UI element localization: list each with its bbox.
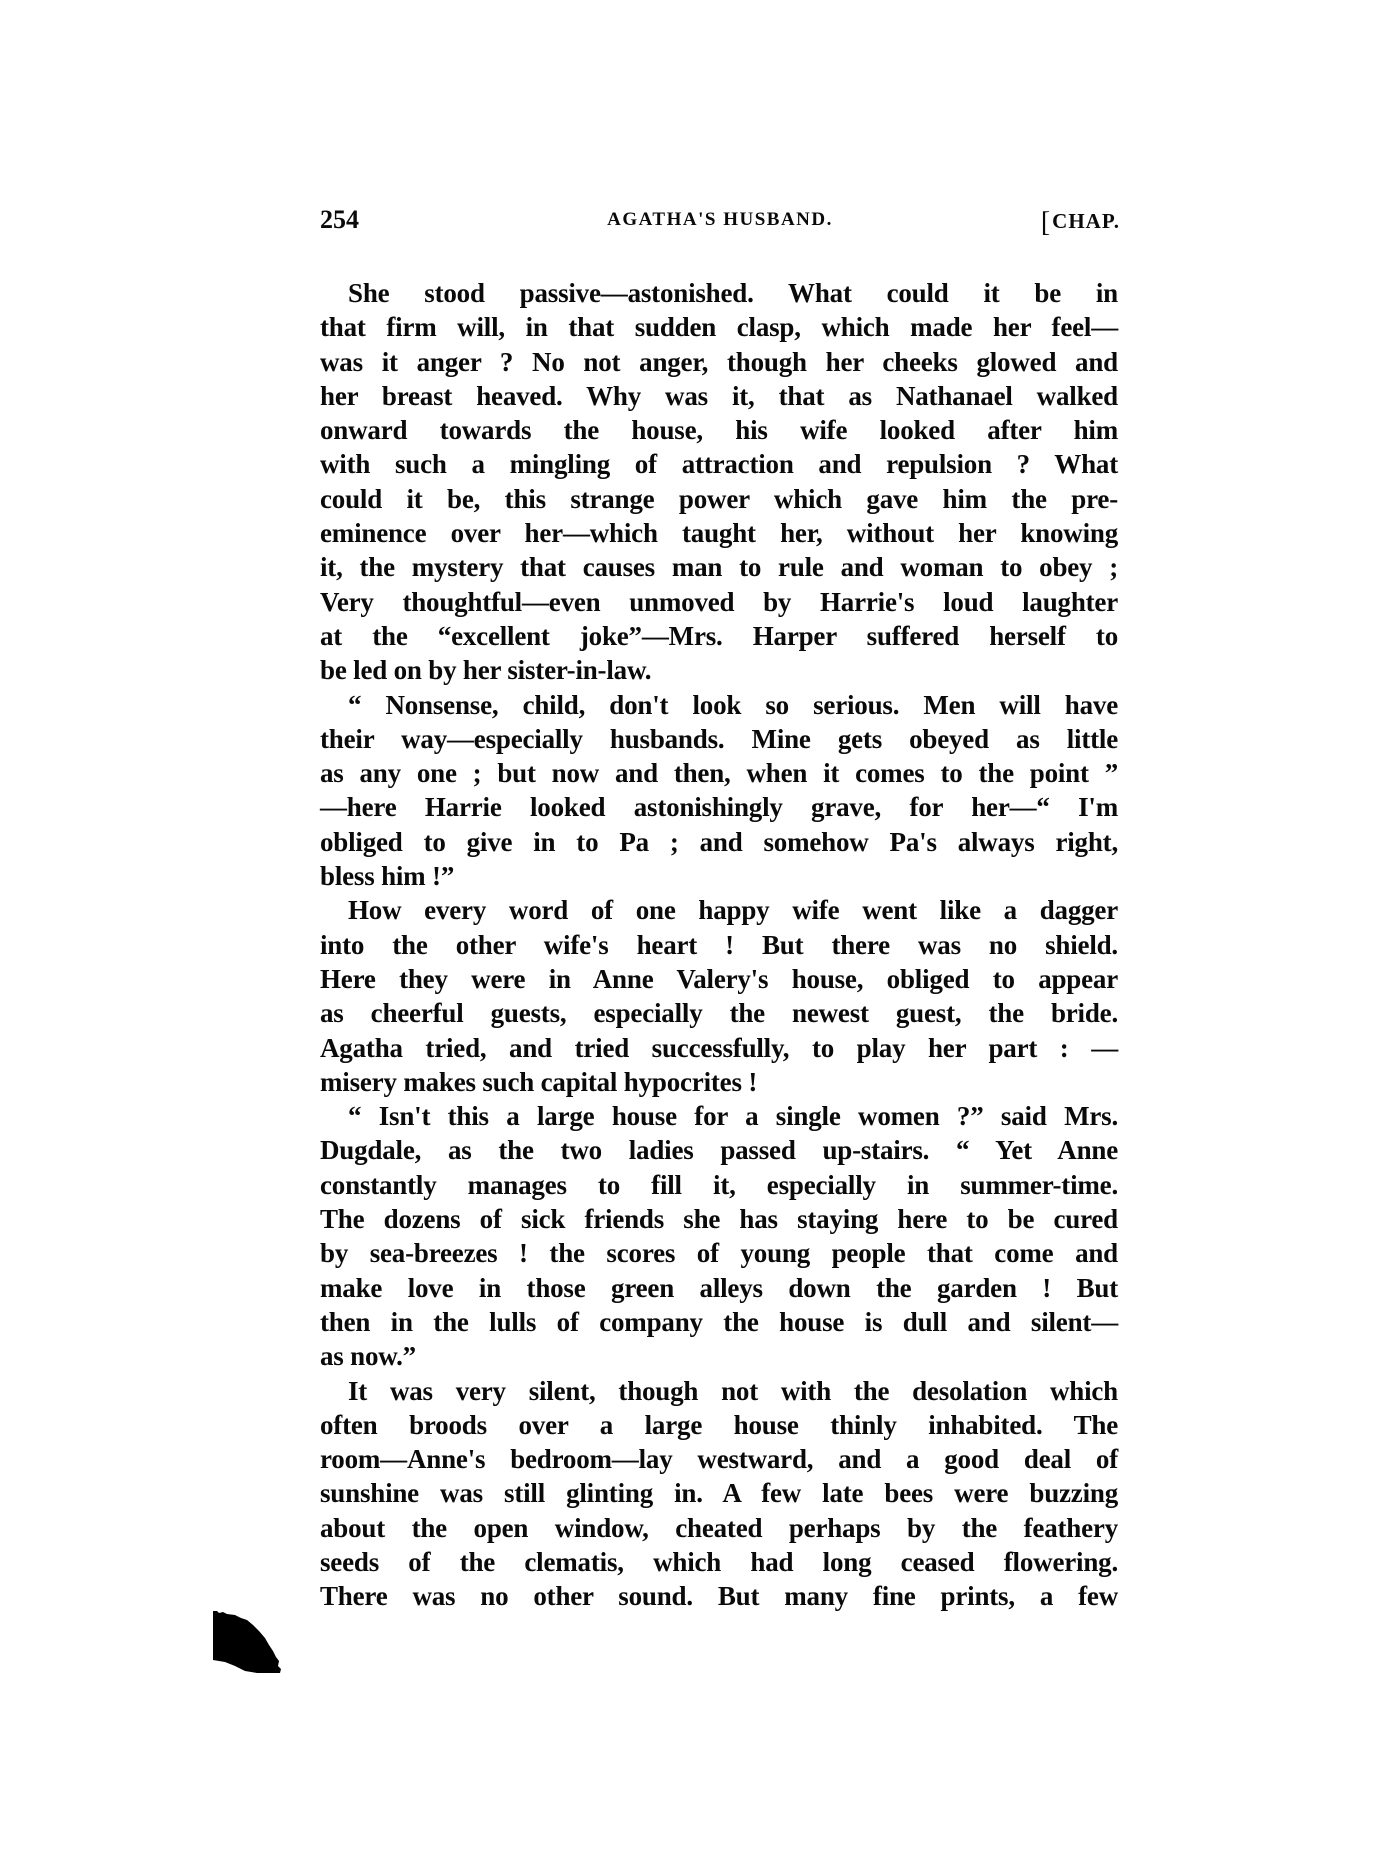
text-line: by sea-breezes ! the scores of young peo… — [320, 1236, 1118, 1270]
chapter-bracket: [ — [1041, 207, 1051, 238]
text-line: could it be, this strange power which ga… — [320, 482, 1118, 516]
text-line: bless him !” — [320, 859, 1118, 893]
text-line: as cheerful guests, especially the newes… — [320, 996, 1118, 1030]
text-line: it, the mystery that causes man to rule … — [320, 550, 1118, 584]
text-line: onward towards the house, his wife looke… — [320, 413, 1118, 447]
text-line: —here Harrie looked astonishingly grave,… — [320, 790, 1118, 824]
text-line: sunshine was still glinting in. A few la… — [320, 1476, 1118, 1510]
text-line: misery makes such capital hypocrites ! — [320, 1065, 1118, 1099]
text-line: into the other wife's heart ! But there … — [320, 928, 1118, 962]
body-text: She stood passive—astonished. What could… — [320, 276, 1118, 1614]
text-line: constantly manages to fill it, especiall… — [320, 1168, 1118, 1202]
running-title: AGATHA'S HUSBAND. — [500, 209, 940, 231]
text-line: Very thoughtful—even unmoved by Harrie's… — [320, 585, 1118, 619]
text-line: Here they were in Anne Valery's house, o… — [320, 962, 1118, 996]
text-line: She stood passive—astonished. What could… — [320, 276, 1118, 310]
text-line: about the open window, cheated perhaps b… — [320, 1511, 1118, 1545]
chapter-marker: [CHAP. — [1041, 207, 1120, 239]
text-line: “ Isn't this a large house for a single … — [320, 1099, 1118, 1133]
text-line: often broods over a large house thinly i… — [320, 1408, 1118, 1442]
text-line: their way—especially husbands. Mine gets… — [320, 722, 1118, 756]
text-line: be led on by her sister-in-law. — [320, 653, 1118, 687]
text-line: with such a mingling of attraction and r… — [320, 447, 1118, 481]
chapter-label: CHAP. — [1052, 209, 1120, 233]
text-line: that firm will, in that sudden clasp, wh… — [320, 310, 1118, 344]
text-line: seeds of the clematis, which had long ce… — [320, 1545, 1118, 1579]
text-line: then in the lulls of company the house i… — [320, 1305, 1118, 1339]
running-head: 254 AGATHA'S HUSBAND. [CHAP. — [320, 205, 1120, 241]
scan-artifact-blob — [213, 1611, 283, 1673]
text-line: eminence over her—which taught her, with… — [320, 516, 1118, 550]
text-line: There was no other sound. But many fine … — [320, 1579, 1118, 1613]
text-line: The dozens of sick friends she has stayi… — [320, 1202, 1118, 1236]
text-line: Dugdale, as the two ladies passed up-sta… — [320, 1133, 1118, 1167]
text-line: Agatha tried, and tried successfully, to… — [320, 1031, 1118, 1065]
text-line: make love in those green alleys down the… — [320, 1271, 1118, 1305]
text-line: as now.” — [320, 1339, 1118, 1373]
text-line: “ Nonsense, child, don't look so serious… — [320, 688, 1118, 722]
text-line: How every word of one happy wife went li… — [320, 893, 1118, 927]
text-line: as any one ; but now and then, when it c… — [320, 756, 1118, 790]
text-line: her breast heaved. Why was it, that as N… — [320, 379, 1118, 413]
text-line: It was very silent, though not with the … — [320, 1374, 1118, 1408]
text-line: obliged to give in to Pa ; and somehow P… — [320, 825, 1118, 859]
text-line: was it anger ? No not anger, though her … — [320, 345, 1118, 379]
text-line: at the “excellent joke”—Mrs. Harper suff… — [320, 619, 1118, 653]
book-page: 254 AGATHA'S HUSBAND. [CHAP. She stood p… — [0, 0, 1400, 1850]
text-line: room—Anne's bedroom—lay westward, and a … — [320, 1442, 1118, 1476]
page-number: 254 — [320, 205, 359, 235]
